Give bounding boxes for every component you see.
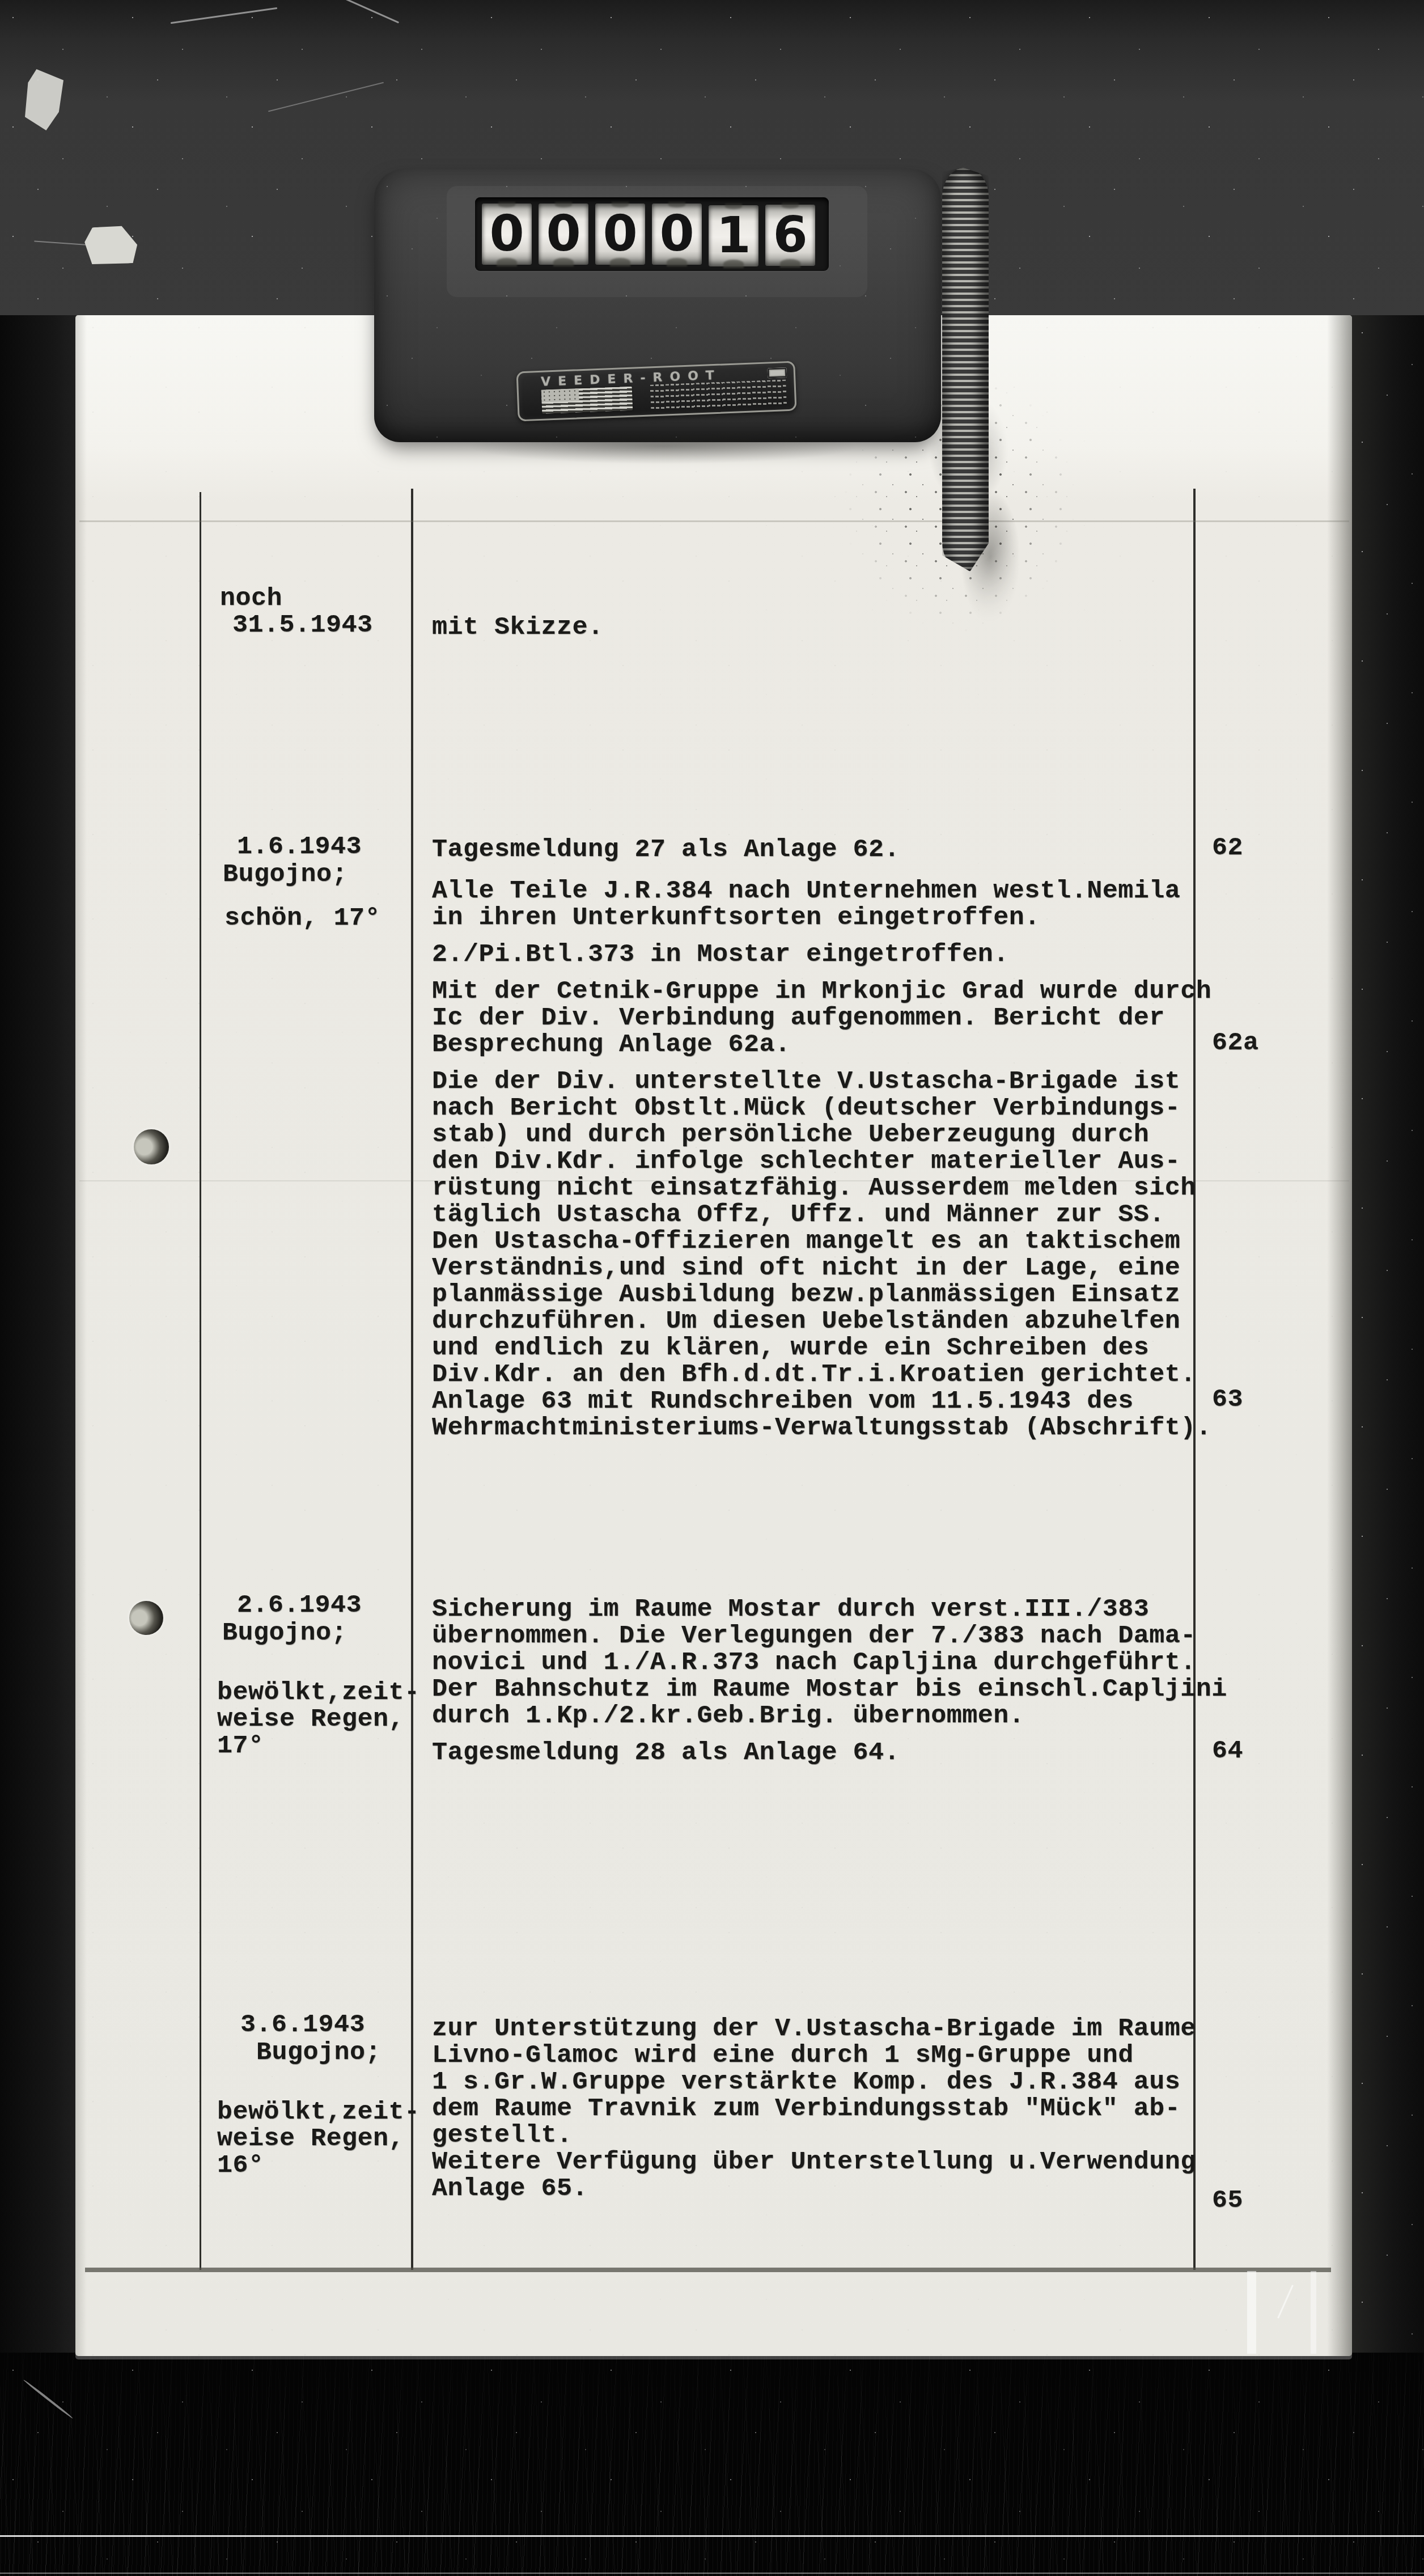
text-line: durch 1.Kp./2.kr.Geb.Brig. übernommen. — [432, 1702, 1227, 1729]
entry-weather: bewölkt,zeit-weise Regen,17° — [217, 1679, 420, 1759]
text-line: Anlage 63 mit Rundschreiben vom 11.5.194… — [432, 1388, 1211, 1414]
entry-weather: schön, 17° — [224, 905, 380, 931]
film-grain — [0, 2353, 1424, 2576]
text-line: Tagesmeldung 27 als Anlage 62. — [432, 836, 900, 863]
counter-digit: 0 — [539, 204, 588, 265]
entry-paragraph: Tagesmeldung 27 als Anlage 62. — [432, 836, 900, 863]
entry-paragraph: zur Unterstützung der V.Ustascha-Brigade… — [432, 2015, 1196, 2202]
film-background-right — [1349, 315, 1424, 2362]
text-line: gestellt. — [432, 2122, 1196, 2149]
film-frame-line — [0, 2573, 1424, 2574]
punch-hole — [134, 1129, 169, 1164]
microfilm-scan: 0 0 0 0 1 6 VEEDER-ROOT noch 31.5.1943 m… — [0, 0, 1424, 2576]
text-line: übernommen. Die Verlegungen der 7./383 n… — [432, 1622, 1227, 1649]
table-rule-vertical-middle — [411, 489, 413, 2270]
text-line: stab) und durch persönliche Ueberzeugung… — [432, 1121, 1211, 1148]
punch-hole — [129, 1601, 163, 1635]
text-line: schön, 17° — [224, 905, 380, 931]
annex-number: 62a — [1212, 1029, 1259, 1056]
text-line: weise Regen, — [217, 1706, 420, 1732]
text-line: dem Raume Travnik zum Verbindungsstab "M… — [432, 2095, 1196, 2122]
paper-edge-shadow — [1327, 315, 1352, 2356]
film-background-left — [0, 315, 77, 2362]
text-line: bewölkt,zeit- — [217, 2099, 420, 2125]
nameplate-logo-mark — [768, 367, 787, 378]
text-line: in ihren Unterkunftsorten eingetroffen. — [432, 904, 1180, 931]
entry-weather: bewölkt,zeit-weise Regen,16° — [217, 2099, 420, 2179]
text-line: Anlage 65. — [432, 2175, 1196, 2202]
text-line: Der Bahnschutz im Raume Mostar bis einsc… — [432, 1676, 1227, 1702]
text-line: 2./Pi.Btl.373 in Mostar eingetroffen. — [432, 941, 1009, 968]
paper-fold-mark — [1311, 2271, 1316, 2354]
nameplate-fine-print — [650, 379, 787, 409]
text-line: Ic der Div. Verbindung aufgenommen. Beri… — [432, 1005, 1211, 1031]
text-line: Div.Kdr. an den Bfh.d.dt.Tr.i.Kroatien g… — [432, 1361, 1211, 1388]
film-frame-line — [0, 2535, 1424, 2537]
veeder-root-nameplate: VEEDER-ROOT — [516, 361, 796, 422]
text-line: den Div.Kdr. infolge schlechter materiel… — [432, 1148, 1211, 1175]
paper-edge-shadow — [75, 315, 87, 2356]
text-line: weise Regen, — [217, 2125, 420, 2152]
counter-digit-window: 0 0 0 0 1 6 — [475, 197, 829, 271]
annex-number: 65 — [1212, 2187, 1243, 2214]
text-line: Verständnis,und sind oft nicht in der La… — [432, 1255, 1211, 1281]
entry-location: Bugojno; — [222, 1620, 347, 1646]
text-line: Besprechung Anlage 62a. — [432, 1031, 1211, 1058]
us-flag — [541, 387, 633, 414]
table-rule-bottom — [85, 2268, 1331, 2272]
text-line: Sicherung im Raume Mostar durch verst.II… — [432, 1596, 1227, 1622]
text-line: Weitere Verfügung über Unterstellung u.V… — [432, 2149, 1196, 2175]
table-rule-vertical-left — [200, 492, 201, 2270]
entry-location: Bugojno; — [256, 2039, 381, 2066]
text-line: Tagesmeldung 28 als Anlage 64. — [432, 1739, 900, 1766]
text-line: durchzuführen. Um diesen Uebelständen ab… — [432, 1308, 1211, 1334]
text-line: nach Bericht Obstlt.Mück (deutscher Verb… — [432, 1095, 1211, 1121]
counter-digit: 1 — [709, 205, 758, 266]
entry-location: Bugojno; — [223, 861, 347, 888]
entry-date: 31.5.1943 — [232, 612, 373, 638]
text-line: Alle Teile J.R.384 nach Unternehmen west… — [432, 878, 1180, 904]
annex-number: 64 — [1212, 1738, 1243, 1764]
annex-number: 63 — [1212, 1386, 1243, 1413]
text-line: 17° — [217, 1732, 420, 1759]
entry-paragraph: Alle Teile J.R.384 nach Unternehmen west… — [432, 878, 1180, 931]
text-line: und endlich zu klären, wurde ein Schreib… — [432, 1334, 1211, 1361]
text-line: Livno-Glamoc wird eine durch 1 sMg-Grupp… — [432, 2042, 1196, 2069]
counter-digit: 0 — [595, 204, 645, 265]
entry-date: noch — [220, 585, 282, 612]
entry-paragraph: mit Skizze. — [432, 614, 604, 641]
film-scratches — [0, 2353, 1424, 2576]
text-line: novici und 1./A.R.373 nach Capljina durc… — [432, 1649, 1227, 1676]
text-line: bewölkt,zeit- — [217, 1679, 420, 1706]
paper-fold-mark — [1247, 2271, 1256, 2354]
counter-shadow — [385, 431, 941, 482]
entry-paragraph: Tagesmeldung 28 als Anlage 64. — [432, 1739, 900, 1766]
annex-number: 62 — [1212, 834, 1243, 861]
text-line: 16° — [217, 2152, 420, 2179]
entry-paragraph: Die der Div. unterstellte V.Ustascha-Bri… — [432, 1068, 1211, 1441]
text-line: mit Skizze. — [432, 614, 604, 641]
us-flag-canton — [541, 388, 579, 402]
text-line: zur Unterstützung der V.Ustascha-Brigade… — [432, 2015, 1196, 2042]
entry-paragraph: 2./Pi.Btl.373 in Mostar eingetroffen. — [432, 941, 1009, 968]
entry-paragraph: Mit der Cetnik-Gruppe in Mrkonjic Grad w… — [432, 978, 1211, 1058]
text-line: Die der Div. unterstellte V.Ustascha-Bri… — [432, 1068, 1211, 1095]
entry-paragraph: Sicherung im Raume Mostar durch verst.II… — [432, 1596, 1227, 1729]
counter-digit: 0 — [482, 204, 532, 265]
counter-digit: 6 — [765, 205, 815, 266]
text-line: Mit der Cetnik-Gruppe in Mrkonjic Grad w… — [432, 978, 1211, 1005]
text-line: Den Ustascha-Offizieren mangelt es an ta… — [432, 1228, 1211, 1255]
text-line: planmässige Ausbildung bezw.planmässigen… — [432, 1281, 1211, 1308]
entry-date: 3.6.1943 — [240, 2011, 365, 2038]
text-line: 1 s.Gr.W.Gruppe verstärkte Komp. des J.R… — [432, 2069, 1196, 2095]
film-background-bottom — [0, 2353, 1424, 2576]
entry-date: 2.6.1943 — [237, 1592, 362, 1619]
paper-crease — [79, 520, 1349, 522]
counter-digit: 0 — [652, 204, 702, 265]
text-line: rüstung nicht einsatzfähig. Ausserdem me… — [432, 1175, 1211, 1201]
counter-thumbwheel — [942, 168, 989, 571]
text-line: täglich Ustascha Offz, Uffz. und Männer … — [432, 1201, 1211, 1228]
entry-date: 1.6.1943 — [237, 833, 362, 860]
film-grain — [1349, 315, 1424, 2362]
text-line: Wehrmachtministeriums-Verwaltungsstab (A… — [432, 1414, 1211, 1441]
